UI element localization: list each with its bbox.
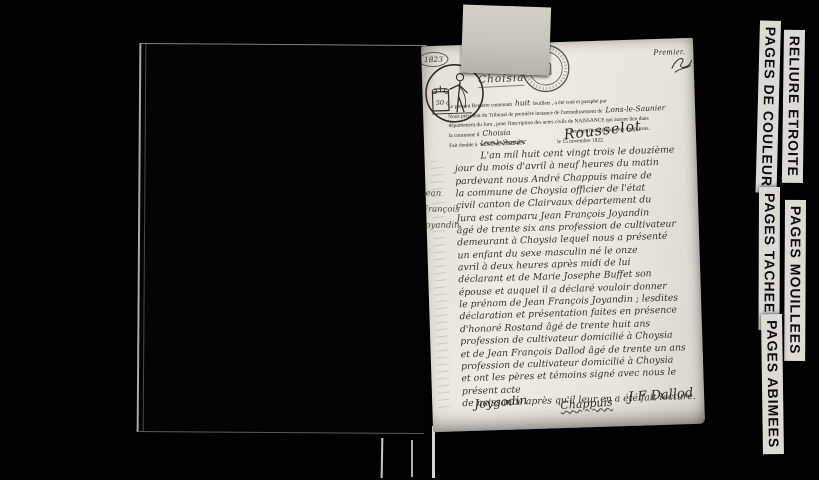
handwritten-fill: Lons-le-Saunier	[480, 138, 525, 149]
birth-act-text: L'an mil huit cent vingt trois le douziè…	[454, 144, 700, 411]
microfilm-frame: 1823 50 c C	[0, 0, 819, 480]
page-edge-sliver	[381, 438, 384, 478]
left-blank-page	[137, 43, 427, 434]
handwritten-fill: Choisia	[482, 128, 511, 138]
tape-strip	[461, 4, 551, 75]
condition-label-pages-tachees: PAGES TACHEES	[759, 187, 780, 330]
statement-text: la commune d	[449, 131, 480, 140]
condition-label-pages-mouillees: PAGES MOUILLEES	[784, 200, 806, 361]
statement-text: Fait double à	[449, 141, 477, 150]
page-edge-sliver	[411, 440, 413, 477]
register-page: 1823 50 c C	[421, 38, 705, 432]
handwritten-fill: huit	[515, 98, 530, 108]
condition-label-reliure-etroite: RELIURE ETROITE	[782, 30, 805, 183]
handwritten-fill: Lons-le-Saunier	[605, 103, 665, 114]
signature-mayor: Chappuis	[560, 396, 613, 412]
page-edge-sliver	[432, 426, 435, 478]
folio-paraph-icon	[668, 53, 695, 76]
condition-label-pages-abimees: PAGES ABIMEES	[761, 314, 784, 454]
condition-label-pages-de-couleur: PAGES DE COULEUR	[755, 20, 781, 193]
